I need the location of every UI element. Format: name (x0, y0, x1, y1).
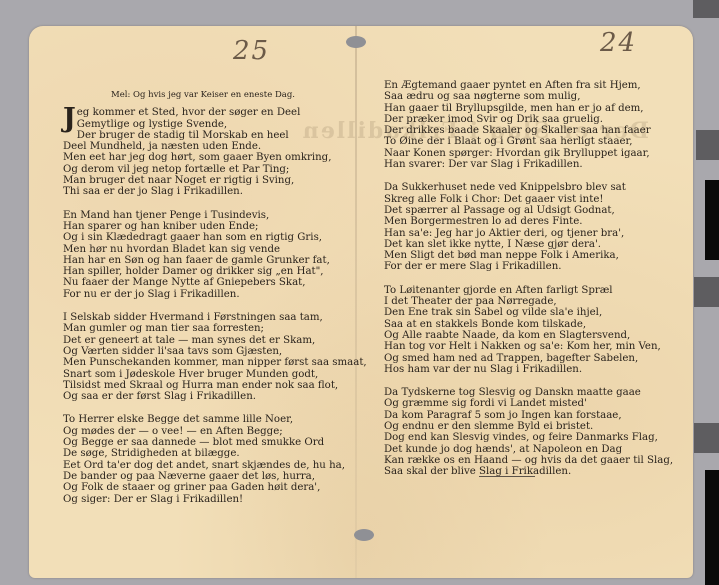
stanza: Da Tydskerne tog Slesvig og Danskn maatt… (384, 387, 674, 477)
verse-line: En Mand han tjener Penge i Tusindevis, (63, 210, 353, 221)
verse-line: Der bruger de stadig til Morskab en heel (63, 130, 353, 141)
verse-line: Man gumler og man tier saa forresten; (63, 323, 353, 334)
verse-line: For nu er der jo Slag i Frikadillen. (63, 289, 353, 300)
verse-line: Saa at en stakkels Bonde kom tilskade, (384, 319, 674, 330)
verse-line: To Herrer elske Begge det samme lille No… (63, 414, 353, 425)
verse-line: Hos ham var der nu Slag i Frikadillen. (384, 364, 674, 375)
verse-line: Men eet har jeg dog hørt, som gaaer Byen… (63, 152, 353, 163)
scanner-edge-block (694, 423, 719, 453)
page-number-left: 25 (233, 36, 270, 66)
verse-line: Nu faaer der Mange Nytte af Gniepebers S… (63, 277, 353, 288)
end-rule (479, 476, 535, 477)
verse-line: Det kunde jo dog hænds', at Napoleon en … (384, 444, 674, 455)
stanza: Da Sukkerhuset nede ved Knippelsbro blev… (384, 182, 674, 272)
verse-line: To Øine der i Blaat og i Grønt saa herli… (384, 136, 674, 147)
verse-line: Da Tydskerne tog Slesvig og Danskn maatt… (384, 387, 674, 398)
verse-line: Og siger: Der er Slag i Frikadillen! (63, 494, 353, 505)
scanner-edge-block (705, 180, 719, 260)
scanner-edge-block (705, 470, 719, 585)
stanza: En Mand han tjener Penge i Tusindevis, H… (63, 210, 353, 300)
verse-line: Det spærrer al Passage og al Udsigt Godn… (384, 205, 674, 216)
stanza: J eg kommer et Sted, hvor der søger en D… (63, 107, 353, 197)
verse-line: Dog end kan Slesvig vindes, og feire Dan… (384, 432, 674, 443)
verse-line: Og græmme sig fordi vi Landet misted' (384, 398, 674, 409)
verse-line: Deel Mundheld, ja næsten uden Ende. (63, 141, 353, 152)
verse-line: Og endnu er den slemme Byld ei bristet. (384, 421, 674, 432)
verse-line: Og mødes der — o vee! — en Aften Begge; (63, 426, 353, 437)
scanner-edge-block (696, 130, 719, 160)
verse-line: Han spiller, holder Damer og drikker sig… (63, 266, 353, 277)
melody-line: Mel: Og hvis jeg var Keiser en eneste Da… (53, 90, 353, 101)
verse-line: Det kan slet ikke nytte, I Næse gjør der… (384, 239, 674, 250)
verse-line: Han gaaer til Bryllupsgilde, men han er … (384, 103, 674, 114)
scanner-edge-block (693, 0, 719, 18)
melody-text: Og hvis jeg var Keiser en eneste Dag. (133, 90, 295, 100)
drop-cap: J (63, 107, 76, 131)
verse-line: Thi saa er der jo Slag i Frikadillen. (63, 186, 353, 197)
left-column: Mel: Og hvis jeg var Keiser en eneste Da… (63, 90, 353, 517)
verse-line: Og Alle raabte Naade, da kom en Slagters… (384, 330, 674, 341)
staple-hole-top (346, 36, 366, 48)
verse-line: I Selskab sidder Hvermand i Førstningen … (63, 312, 353, 323)
staple-hole-bottom (354, 529, 374, 541)
verse-line: Han svarer: Der var Slag i Frikadillen. (384, 159, 674, 170)
verse-line: I det Theater der paa Nørregade, (384, 296, 674, 307)
verse-line: Skreg alle Folk i Chor: Det gaaer vist i… (384, 194, 674, 205)
verse-line: Men Sligt det bød man neppe Folk i Ameri… (384, 250, 674, 261)
verse-line: En Ægtemand gaaer pyntet en Aften fra si… (384, 80, 674, 91)
stanza: En Ægtemand gaaer pyntet en Aften fra si… (384, 80, 674, 170)
verse-line: Saa ædru og saa nøgterne som mulig, (384, 91, 674, 102)
verse-line: Han tog vor Helt i Nakken og sa'e: Kom h… (384, 341, 674, 352)
verse-line: Og Begge er saa dannede — blot med smukk… (63, 437, 353, 448)
verse-line: Da Sukkerhuset nede ved Knippelsbro blev… (384, 182, 674, 193)
verse-line: Og Folk de staaer og griner paa Gaden hø… (63, 482, 353, 493)
stanza: To Løitenanter gjorde en Aften farligt S… (384, 285, 674, 375)
verse-line: Og i sin Klædedragt gaaer han som en rig… (63, 232, 353, 243)
stanza: I Selskab sidder Hvermand i Førstningen … (63, 312, 353, 402)
verse-line: Gemytlige og lystige Svende, (63, 119, 353, 130)
stanza: To Herrer elske Begge det samme lille No… (63, 414, 353, 504)
verse-line: Man bruger det naar Noget er rigtig i Sv… (63, 175, 353, 186)
verse-line: Eet Ord ta'er dog det andet, snart skjæn… (63, 460, 353, 471)
verse-line: Tilsidst med Skraal og Hurra man ender n… (63, 380, 353, 391)
verse-line: Naar Konen spørger: Hvordan gik Bryllupp… (384, 148, 674, 159)
verse-line: Og Værten sidder li'saa tavs som Gjæsten… (63, 346, 353, 357)
verse-line: Der drikkes baade Skaaler og Skaller saa… (384, 125, 674, 136)
verse-line: Han sparer og han kniber uden Ende; (63, 221, 353, 232)
melody-label: Mel: (111, 90, 130, 100)
verse-line: Der præker imod Svir og Drik saa gruelig… (384, 114, 674, 125)
verse-line: Men Punschekanden kommer, man nipper før… (63, 357, 353, 368)
verse-line: Og saa er der først Slag i Frikadillen. (63, 391, 353, 402)
verse-line: For der er mere Slag i Frikadillen. (384, 261, 674, 272)
verse-line: De bander og paa Næverne gaaer det løs, … (63, 471, 353, 482)
scanner-edge-block (694, 277, 719, 307)
page-number-right: 24 (600, 28, 637, 58)
center-fold (355, 26, 357, 578)
verse-line: Den Ene trak sin Sabel og vilde sla'e ih… (384, 307, 674, 318)
verse-line: To Løitenanter gjorde en Aften farligt S… (384, 285, 674, 296)
verse-line: Men hør nu hvordan Bladet kan sig vende (63, 244, 353, 255)
verse-line: Han har en Søn og han faaer de gamle Gru… (63, 255, 353, 266)
verse-line: Snart som i Jødeskole Hver bruger Munden… (63, 369, 353, 380)
right-column: En Ægtemand gaaer pyntet en Aften fra si… (384, 80, 674, 490)
verse-line: Han sa'e: Jeg har jo Aktier deri, og tje… (384, 228, 674, 239)
verse-line: Og smed ham ned ad Trappen, bagefter Sab… (384, 353, 674, 364)
verse-line: eg kommer et Sted, hvor der søger en Dee… (63, 107, 353, 118)
verse-line: Og derom vil jeg netop fortælle et Par T… (63, 164, 353, 175)
verse-line: Kan række os en Haand — og hvis da det g… (384, 455, 674, 466)
verse-line: De søge, Stridigheden at bilægge. (63, 448, 353, 459)
verse-line: Da kom Paragraf 5 som jo Ingen kan forst… (384, 410, 674, 421)
verse-line: Det er geneert at tale — man synes det e… (63, 335, 353, 346)
verse-line: Men Borgermestren lo ad deres Finte. (384, 216, 674, 227)
